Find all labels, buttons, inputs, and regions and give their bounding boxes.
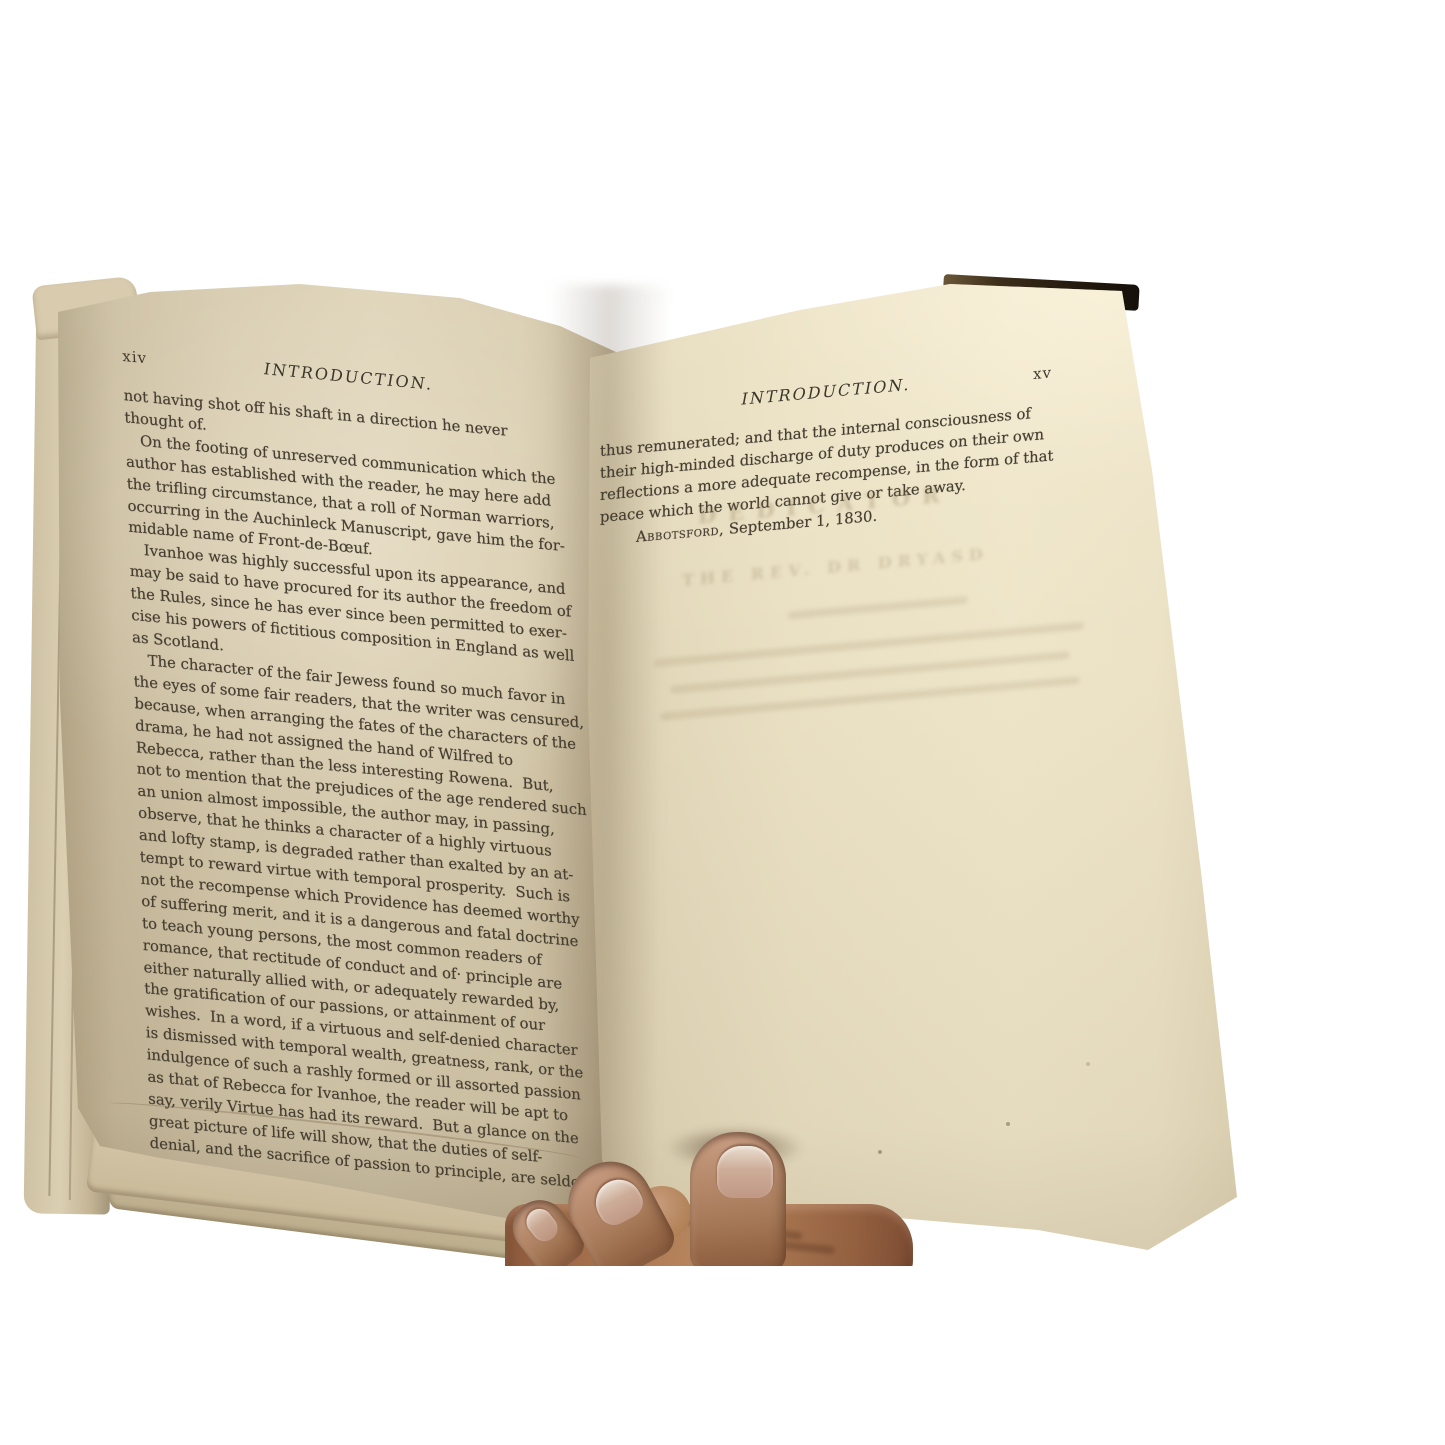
- left-page-number: xiv: [122, 347, 169, 369]
- book-photo: xiv INTRODUCTION. not having shot off hi…: [0, 0, 1445, 1445]
- right-page-number: xv: [1006, 363, 1052, 385]
- paper-speck: [1086, 1062, 1090, 1066]
- index-fingernail: [717, 1146, 773, 1198]
- left-page-body: not having shot off his shaft in a direc…: [123, 385, 602, 1196]
- paper-speck: [1006, 1122, 1010, 1126]
- hand: [505, 1120, 925, 1266]
- left-page-text: xiv INTRODUCTION. not having shot off hi…: [122, 346, 602, 1196]
